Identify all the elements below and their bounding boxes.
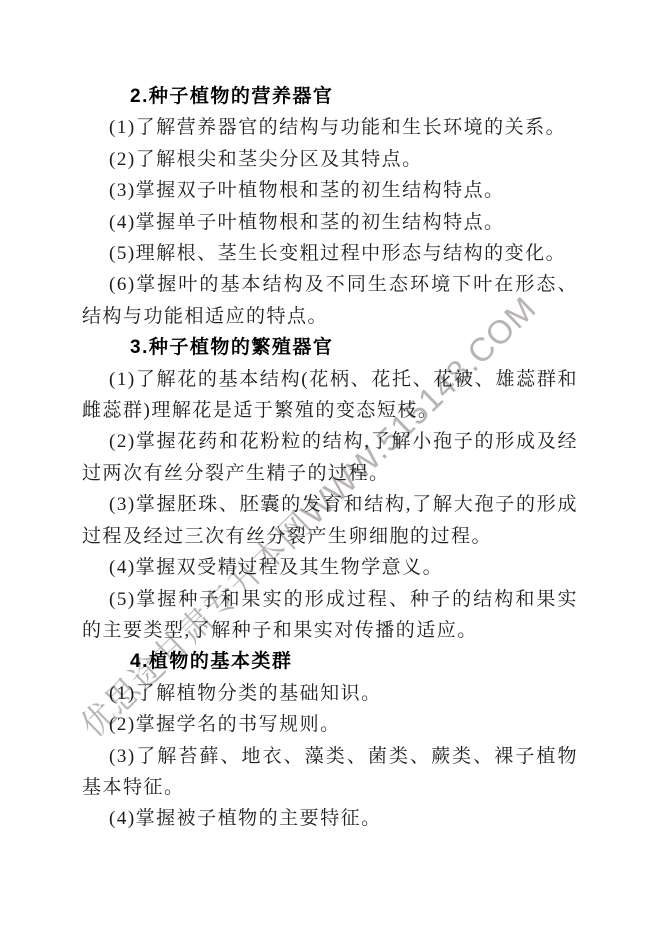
list-item: (3)了解苔藓、地衣、藻类、菌类、蕨类、裸子植物基本特征。 <box>82 741 578 804</box>
list-item: (1)了解营养器官的结构与功能和生长环境的关系。 <box>82 112 578 143</box>
list-item: (2)掌握花药和花粉粒的结构,了解小孢子的形成及经过两次有丝分裂产生精子的过程。 <box>82 426 578 489</box>
list-item: (2)了解根尖和茎尖分区及其特点。 <box>82 144 578 175</box>
list-item: (4)掌握双受精过程及其生物学意义。 <box>82 552 578 583</box>
document-content: 2.种子植物的营养器官 (1)了解营养器官的结构与功能和生长环境的关系。 (2)… <box>0 0 661 835</box>
section-heading-reproductive-organs: 3.种子植物的繁殖器官 <box>82 332 578 363</box>
list-item: (5)理解根、茎生长变粗过程中形态与结构的变化。 <box>82 238 578 269</box>
list-item: (4)掌握被子植物的主要特征。 <box>82 803 578 834</box>
list-item: (1)了解植物分类的基础知识。 <box>82 678 578 709</box>
list-item: (4)掌握单子叶植物根和茎的初生结构特点。 <box>82 207 578 238</box>
section-heading-basic-plant-groups: 4.植物的基本类群 <box>82 646 578 677</box>
section-heading-vegetative-organs: 2.种子植物的营养器官 <box>82 81 578 112</box>
list-item: (2)掌握学名的书写规则。 <box>82 709 578 740</box>
list-item: (5)掌握种子和果实的形成过程、种子的结构和果实的主要类型,了解种子和果实对传播… <box>82 584 578 647</box>
list-item: (3)掌握双子叶植物根和茎的初生结构特点。 <box>82 175 578 206</box>
list-item: (6)掌握叶的基本结构及不同生态环境下叶在形态、结构与功能相适应的特点。 <box>82 269 578 332</box>
document-page: 优思途甘肃专升本网WWW.515148.COM 2.种子植物的营养器官 (1)了… <box>0 0 661 935</box>
list-item: (1)了解花的基本结构(花柄、花托、花被、雄蕊群和雌蕊群)理解花是适于繁殖的变态… <box>82 364 578 427</box>
list-item: (3)掌握胚珠、胚囊的发育和结构,了解大孢子的形成过程及经过三次有丝分裂产生卵细… <box>82 489 578 552</box>
